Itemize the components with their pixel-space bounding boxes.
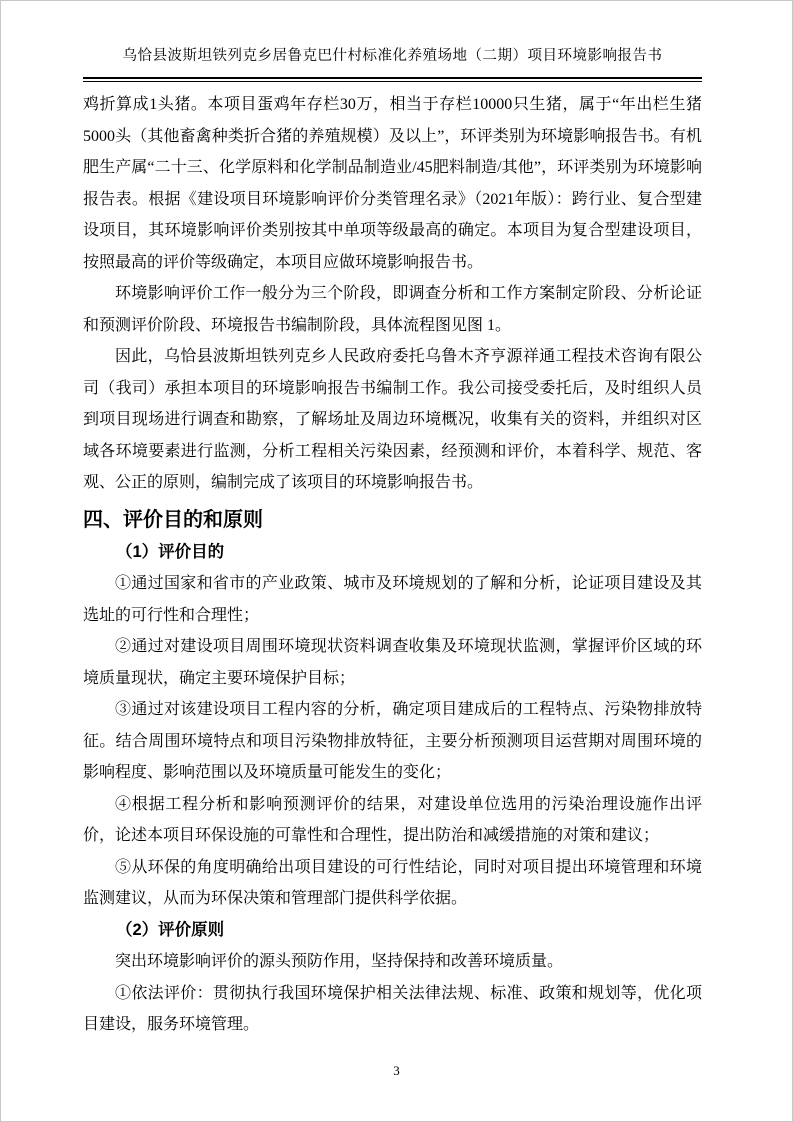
document-body: 鸡折算成1头猪。本项目蛋鸡年存栏30万，相当于存栏10000只生猪，属于“年出栏… bbox=[83, 89, 702, 1041]
paragraph: ①通过国家和省市的产业政策、城市及环境规划的了解和分析，论证项目建设及其选址的可… bbox=[83, 568, 702, 631]
sub-heading: （1）评价目的 bbox=[83, 537, 702, 569]
header-double-rule bbox=[83, 77, 702, 82]
page-number: 3 bbox=[393, 1063, 400, 1078]
page-footer: 3 bbox=[1, 1063, 792, 1079]
document-page: 乌恰县波斯坦铁列克乡居鲁克巴什村标准化养殖场地（二期）项目环境影响报告书 鸡折算… bbox=[0, 0, 793, 1122]
section-heading: 四、评价目的和原则 bbox=[83, 503, 702, 537]
sub-heading: （2）评价原则 bbox=[83, 915, 702, 947]
paragraph: ⑤从环保的角度明确给出项目建设的可行性结论，同时对项目提出环境管理和环境监测建议… bbox=[83, 852, 702, 915]
page-header: 乌恰县波斯坦铁列克乡居鲁克巴什村标准化养殖场地（二期）项目环境影响报告书 bbox=[83, 46, 702, 66]
paragraph: ③通过对该建设项目工程内容的分析，确定项目建成后的工程特点、污染物排放特征。结合… bbox=[83, 694, 702, 789]
paragraph: 因此，乌恰县波斯坦铁列克乡人民政府委托乌鲁木齐亨源祥通工程技术咨询有限公司（我司… bbox=[83, 341, 702, 499]
paragraph: 鸡折算成1头猪。本项目蛋鸡年存栏30万，相当于存栏10000只生猪，属于“年出栏… bbox=[83, 89, 702, 278]
paragraph: ④根据工程分析和影响预测评价的结果，对建设单位选用的污染治理设施作出评价，论述本… bbox=[83, 789, 702, 852]
header-title: 乌恰县波斯坦铁列克乡居鲁克巴什村标准化养殖场地（二期）项目环境影响报告书 bbox=[123, 48, 663, 64]
paragraph: ①依法评价：贯彻执行我国环境保护相关法律法规、标准、政策和规划等，优化项目建设，… bbox=[83, 978, 702, 1041]
paragraph: 突出环境影响评价的源头预防作用，坚持保持和改善环境质量。 bbox=[83, 946, 702, 978]
paragraph: ②通过对建设项目周围环境现状资料调查收集及环境现状监测，掌握评价区域的环境质量现… bbox=[83, 631, 702, 694]
paragraph: 环境影响评价工作一般分为三个阶段，即调查分析和工作方案制定阶段、分析论证和预测评… bbox=[83, 278, 702, 341]
